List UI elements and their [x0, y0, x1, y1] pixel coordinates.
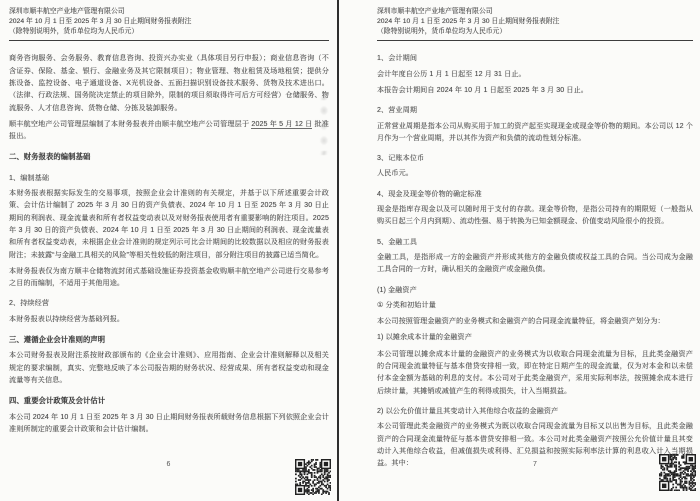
subsection-heading: 5、金融工具	[377, 236, 693, 248]
subsection-heading: 2、持续经营	[9, 297, 329, 309]
page-number: 7	[339, 461, 700, 468]
subsection-heading: 1、会计期间	[377, 52, 693, 64]
page-left: 深圳市顺丰航空产业地产管理有限公司 2024 年 10 月 1 日至 2025 …	[0, 0, 337, 501]
paragraph: ① 分类和初始计量	[377, 299, 693, 311]
subsection-heading: 2、营业周期	[377, 104, 693, 116]
paragraph: 金融工具，是指形成一方的金融资产并形成其他方的金融负债或权益工具的合同。当公司成…	[377, 251, 693, 276]
company-name: 深圳市顺丰航空产业地产管理有限公司	[9, 7, 329, 17]
scan-smudge	[320, 106, 328, 115]
subsection-heading: 1、编制基础	[9, 172, 329, 184]
approval-text-before: 顺丰航空地产公司管理层编制了本财务报表并由顺丰航空地产公司管理层于	[9, 120, 251, 128]
paragraph: 会计年度自公历 1 月 1 日起至 12 月 31 日止。	[377, 68, 693, 80]
paragraph: 本报告会计期间自 2024 年 10 月 1 日起至 2025 年 3 月 30…	[377, 84, 693, 96]
scan-smudge	[320, 121, 328, 130]
scan-smudge	[319, 151, 329, 155]
scan-smudge-column	[317, 90, 331, 178]
subsection-heading: 2) 以公允价值计量且其变动计入其他综合收益的金融资产	[377, 405, 693, 417]
section-heading: 二、财务报表的编制基础	[9, 151, 329, 163]
paragraph: 1) 以摊余成本计量的金融资产	[377, 331, 693, 343]
report-period-title: 2024 年 10 月 1 日至 2025 年 3 月 30 日止期间财务报表附…	[9, 17, 329, 27]
report-period-title: 2024 年 10 月 1 日至 2025 年 3 月 30 日止期间财务报表附…	[377, 17, 693, 27]
page-header: 深圳市顺丰航空产业地产管理有限公司 2024 年 10 月 1 日至 2025 …	[9, 7, 329, 36]
company-name: 深圳市顺丰航空产业地产管理有限公司	[377, 7, 693, 17]
paragraph: 人民币元。	[377, 167, 693, 179]
business-scope-paragraph: 商务咨询服务、会务服务、教育信息咨询、投资兴办实业（具体项目另行申报）；商业信息…	[9, 52, 329, 113]
paragraph: 本财务报表根据实际发生的交易事项，按照企业会计准则的有关规定，并基于以下所述重要…	[9, 187, 329, 261]
section-heading: 四、重要会计政策及会计估计	[9, 395, 329, 407]
approval-date: 2025 年 5 月 12 日	[251, 120, 312, 129]
qr-code	[295, 459, 331, 495]
page-body: 商务咨询服务、会务服务、教育信息咨询、投资兴办实业（具体项目另行申报）；商业信息…	[9, 52, 329, 435]
subsection-heading: 3、记账本位币	[377, 152, 693, 164]
paragraph: 本公司按照管理金融资产的业务模式和金融资产的合同现金流量特征，将金融资产划分为：	[377, 315, 693, 327]
paragraph: 本财务报表以持续经营为基础列报。	[9, 313, 329, 325]
document-scan: 深圳市顺丰航空产业地产管理有限公司 2024 年 10 月 1 日至 2025 …	[0, 0, 700, 501]
page-header: 深圳市顺丰航空产业地产管理有限公司 2024 年 10 月 1 日至 2025 …	[377, 7, 693, 36]
header-rule	[9, 40, 329, 41]
page-number: 6	[0, 461, 337, 468]
page-body: 1、会计期间 会计年度自公历 1 月 1 日起至 12 月 31 日止。 本报告…	[377, 52, 693, 469]
paragraph: 本财务报表仅为南方顺丰仓储物流封闭式基础设施证券投资基金收购顺丰航空地产公司进行…	[9, 265, 329, 290]
subsection-heading: 4、现金及现金等价物的确定标准	[377, 188, 693, 200]
section-heading: 三、遵循企业会计准则的声明	[9, 334, 329, 346]
paragraph: 正常营业周期是指本公司从购买用于加工的资产起至实现现金或现金等价物的期间。本公司…	[377, 120, 693, 145]
paragraph: 本公司管理以摊余成本计量的金融资产的业务模式为以收取合同现金流量为目标，且此类金…	[377, 348, 693, 397]
paragraph: 本公司财务报表及附注系按财政部颁布的《企业会计准则》、应用指南、企业会计准则解释…	[9, 349, 329, 386]
page-right: 深圳市顺丰航空产业地产管理有限公司 2024 年 10 月 1 日至 2025 …	[339, 0, 700, 501]
currency-note: （除特别说明外，货币单位均为人民币元）	[377, 27, 693, 37]
currency-note: （除特别说明外，货币单位均为人民币元）	[9, 27, 329, 37]
qr-code	[659, 454, 696, 491]
paragraph: 本公司 2024 年 10 月 1 日至 2025 年 3 月 30 日止期间财…	[9, 411, 329, 436]
approval-paragraph: 顺丰航空地产公司管理层编制了本财务报表并由顺丰航空地产公司管理层于 2025 年…	[9, 118, 329, 143]
scan-smudge	[319, 96, 329, 100]
scan-smudge	[320, 136, 328, 145]
subsection-heading: (1) 金融资产	[377, 284, 693, 296]
header-rule	[377, 40, 693, 41]
paragraph: 现金是指库存现金以及可以随时用于支付的存款。现金等价物，是指公司持有的期限短（一…	[377, 203, 693, 228]
